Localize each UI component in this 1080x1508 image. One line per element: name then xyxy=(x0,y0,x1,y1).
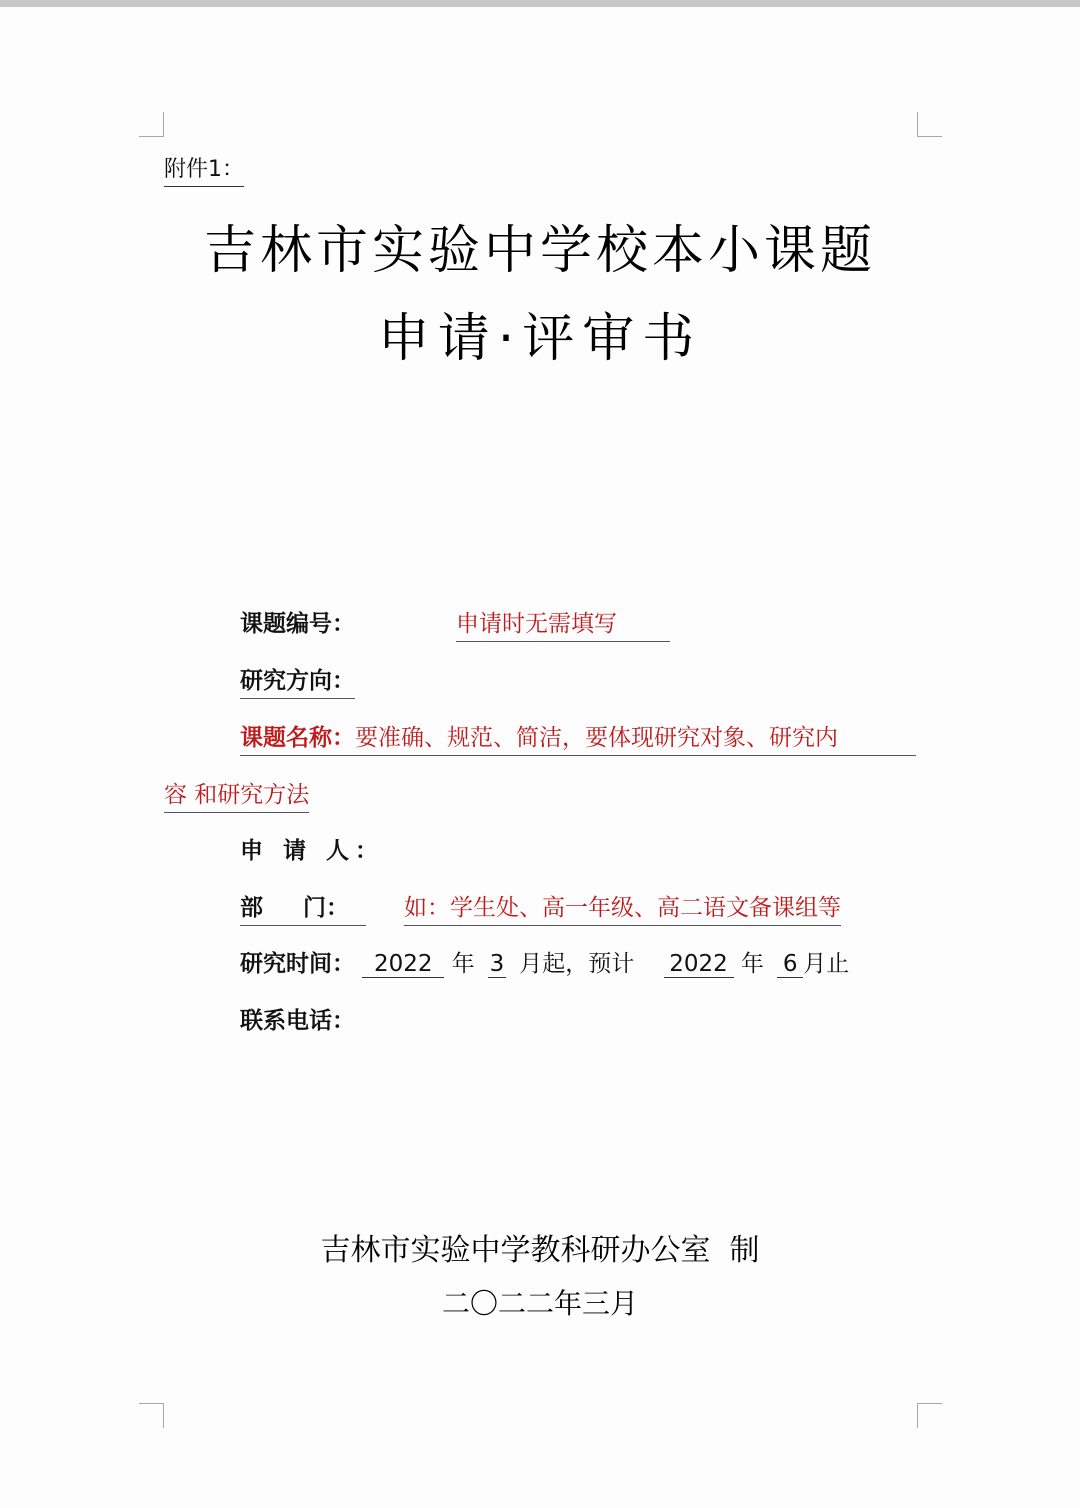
page-corner-mark-bottom-right xyxy=(917,1403,942,1428)
topic-name-hint-line2: 容 和研究方法 xyxy=(164,776,309,813)
topic-number-label: 课题编号： xyxy=(240,605,355,638)
department-label: 部 门： xyxy=(240,889,366,926)
research-time-label: 研究时间： xyxy=(240,945,355,978)
document-title-line2: 申请·评审书 xyxy=(0,296,1080,371)
topic-name-label: 课题名称： xyxy=(240,725,355,751)
contact-phone-label: 联系电话： xyxy=(240,1002,355,1035)
applicant-label: 申 请 人： xyxy=(240,832,384,865)
end-month-suffix: 月止 xyxy=(803,945,849,978)
end-year-unit: 年 xyxy=(741,945,764,978)
start-month-field[interactable]: 3 xyxy=(488,951,506,978)
research-time-row: 研究时间： 2022 年 3 月起，预计 2022 年 6月止 xyxy=(240,945,849,978)
start-year-field[interactable]: 2022 xyxy=(362,951,444,978)
topic-number-field[interactable]: 申请时无需填写 xyxy=(456,605,670,642)
issue-date: 二〇二二年三月 xyxy=(0,1282,1080,1322)
issuer-text: 吉林市实验中学教科研办公室 制 xyxy=(0,1225,1080,1269)
end-year-field[interactable]: 2022 xyxy=(664,951,734,978)
department-field[interactable]: 如：学生处、高一年级、高二语文备课组等 xyxy=(404,889,841,926)
topic-name-hint-line1: 要准确、规范、简洁，要体现研究对象、研究内 xyxy=(355,725,838,751)
viewer-top-bar xyxy=(0,0,1080,7)
page-corner-mark-top-right xyxy=(917,112,942,137)
start-year-unit: 年 xyxy=(452,945,475,978)
research-direction-label: 研究方向： xyxy=(240,662,355,699)
attachment-label: 附件1： xyxy=(164,152,244,187)
page-corner-mark-top-left xyxy=(139,112,164,137)
page-corner-mark-bottom-left xyxy=(139,1403,164,1428)
topic-name-field[interactable]: 课题名称：要准确、规范、简洁，要体现研究对象、研究内 xyxy=(240,719,916,756)
document-title-line1: 吉林市实验中学校本小课题 xyxy=(0,208,1080,283)
start-month-suffix: 月起，预计 xyxy=(519,945,634,978)
end-month-field[interactable]: 6 xyxy=(777,951,803,978)
